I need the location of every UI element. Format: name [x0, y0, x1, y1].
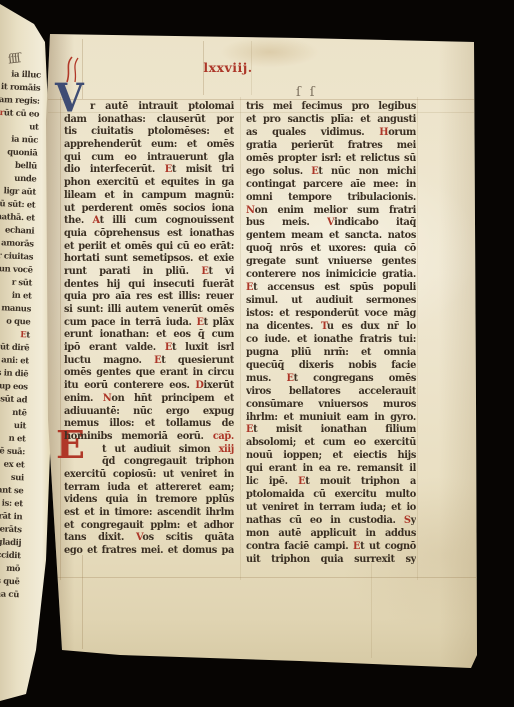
ink-text: ego et fratres mei. et domus pa — [64, 545, 234, 556]
text-line: si sunt: illi autem venerūt omēs — [64, 304, 234, 317]
ink-text: enim. — [64, 393, 103, 404]
ink-text: u es dux nr̄ lo — [327, 321, 416, 332]
ink-text: ut perderent omēs socios iona — [64, 203, 234, 214]
text-line: co iude. et ionathe fratris tui: — [246, 334, 416, 347]
text-line: qui cum eo intrauerunt gla — [64, 152, 234, 165]
rubric-text: E — [165, 342, 172, 353]
text-line: dio interfecerūt. Et misit tri — [64, 164, 234, 177]
text-line: q̄d congregauit triphon — [64, 456, 234, 469]
ink-text: nemus illos: et tollamus de — [64, 418, 234, 429]
rubric-text: S — [404, 515, 411, 526]
ink-text: ptolomaida cū exercitu multo — [246, 489, 416, 500]
ink-text: lileam et in campum magnū: — [64, 190, 234, 201]
facing-text-line: rē sūt ad eū — [0, 393, 32, 408]
ink-text: as quales vidimus. — [246, 127, 379, 138]
ink-text: dentes hij qui insecuti fuerāt — [64, 279, 234, 290]
ink-text: videns quia in tremore pplūs — [64, 494, 234, 505]
text-line: hominibs memoriā eorū. cap̄. — [64, 431, 234, 444]
text-column-left: r autē intrauit ptolomaidam ionathas: cl… — [64, 101, 234, 558]
text-line: tis ciuitatis ptolomēses: et — [64, 126, 234, 139]
facing-text-line: is: et reliqt — [0, 497, 28, 512]
text-column-right: tris mei fecimus pro legibuset pro sanct… — [246, 101, 416, 567]
text-line: ego solus. Et nūc non michi — [246, 166, 416, 179]
ink-text: gratia perierūt fratres mei — [246, 140, 416, 151]
text-line: mon autē applicuit in addus — [246, 528, 416, 541]
facing-text-line: regis quē oc — [0, 575, 25, 590]
ink-text: on hn̄t principem et — [111, 393, 234, 404]
text-line: contingat parcere aīe mee: in — [246, 179, 416, 192]
facing-text-line: ut pugnēt — [0, 120, 44, 135]
text-line: adiuuantē: nūc ergo expug — [64, 406, 234, 419]
facing-text-line: ant se mūdi — [0, 484, 29, 499]
ink-text: quia pro aīa res est illis: reuer — [64, 291, 234, 302]
ink-text: o que scribā — [3, 316, 31, 329]
ink-text: quia cōprehensus est ionathas — [64, 228, 234, 239]
text-line: quia cōprehensus est ionathas — [64, 228, 234, 241]
ink-text: ne gladij su — [0, 537, 21, 551]
text-line: ut perderent omēs socios iona — [64, 203, 234, 216]
ink-text: et manus aī — [0, 303, 31, 317]
text-line: quecūq̄ dixeris nobis facie — [246, 360, 416, 373]
ink-text: t vi — [208, 266, 234, 277]
ink-text: itu eorū conterere eos. — [64, 380, 195, 391]
ink-text: t accensus est spūs populi — [253, 282, 416, 293]
facing-text-line: mō frāter ei — [0, 562, 25, 577]
ink-text: absolomi; et cum eo exercitū — [246, 437, 416, 448]
ink-text: tris mei fecimus pro legibus — [246, 101, 416, 112]
ink-text: gentem meam et sancta. natos — [246, 230, 416, 241]
facing-text-line: et manus aī — [0, 302, 36, 317]
text-line: enim. Non hn̄t principem et — [64, 393, 234, 406]
ink-text: simul. ut audiuit sermones — [246, 295, 416, 306]
ink-text: phon exercitū et equites in ga — [64, 177, 234, 188]
ink-text: viros bellatores accelerauit — [246, 386, 416, 397]
text-line: conterere nos inimicicie gratia. — [246, 269, 416, 282]
facing-page-text-fragments: ia illuc hoit romāisam regis:rūt cū eout… — [0, 68, 46, 602]
ink-text: istos: et responderūt voce māg — [246, 308, 416, 319]
text-line: ptolomaida cū exercitu multo — [246, 489, 416, 502]
ink-text: tans dixit. — [64, 532, 136, 543]
ink-text: ego solus. — [246, 166, 311, 177]
ink-text: t illi cum cognouissent — [100, 215, 234, 226]
ink-text: runt parati in pliū. — [64, 266, 201, 277]
ink-text: sperāts aī — [0, 524, 22, 538]
ink-text: quoniā re — [7, 147, 38, 160]
text-line: hortati sunt semetipsos. et exie — [64, 253, 234, 266]
facing-text-line: ani: et cāps — [0, 354, 34, 369]
text-line: dentes hij qui insecuti fuerāt — [64, 279, 234, 292]
ruling-line-vertical — [60, 97, 61, 580]
ink-text: the. — [64, 215, 93, 226]
text-line: nemus illos: et tollamus de — [64, 418, 234, 431]
text-line: r autē intrauit ptolomai — [64, 101, 234, 114]
ink-text: conterere nos inimicicie gratia. — [246, 269, 416, 280]
facing-text-line: uit castra — [0, 419, 31, 434]
facing-text-line: et occidit — [0, 549, 26, 564]
ink-text: t congregans omēs — [294, 373, 416, 384]
text-line: gentem meam et sancta. natos — [246, 230, 416, 243]
ink-text: dio interfecerūt. — [64, 164, 165, 175]
ink-text: si sunt: illi autem venerūt omēs — [64, 304, 234, 315]
facing-text-line: nē suā: et re — [0, 445, 30, 460]
text-line: bus meis. Vindicabo itaq̄ — [246, 217, 416, 230]
text-line: runt parati in pliū. Et vi — [64, 266, 234, 279]
ink-text: lic ipē. — [246, 476, 298, 487]
ink-text: omēs propter isrl: et relictus sū — [246, 153, 416, 164]
ink-text: ūt cū eo — [4, 108, 40, 119]
facing-text-line: ne gladij su — [0, 536, 26, 551]
ink-text: uit triphon quia surrexit sy — [246, 554, 416, 565]
text-line: t ut audiuit simon xiij — [64, 444, 234, 457]
ink-text: t quesierunt — [161, 355, 234, 366]
text-line: et pro sanctis plīa: et angusti — [246, 114, 416, 127]
ruling-line-horizontal — [48, 99, 474, 100]
facing-text-line: sūt dirē et — [0, 341, 35, 356]
ink-text: est et in timore: ascendit ihrlm — [64, 507, 234, 518]
text-line: Non enim melior sum fratri — [246, 205, 416, 218]
text-line: absolomi; et cum eo exercitū — [246, 437, 416, 450]
facing-text-line: is in diē illā — [0, 367, 33, 382]
text-line: nouū ioppen; et eiectis hijs — [246, 450, 416, 463]
ink-text: contingat parcere aīe mee: in — [246, 179, 416, 190]
rubric-text: H — [379, 127, 388, 138]
ink-text: indicabo itaq̄ — [334, 217, 416, 228]
facing-text-line: t sup eos et — [0, 380, 33, 395]
facing-text-line: ma cū amīs — [0, 588, 24, 603]
parchment-page: lxxviij. ſſ V E r autē intrauit ptolomai… — [44, 33, 478, 669]
ruling-line-vertical — [240, 97, 241, 580]
ink-text: t ut audiuit simon — [102, 444, 219, 455]
text-line: lileam et in campum magnū: — [64, 190, 234, 203]
text-line: tans dixit. Vos scitis quāta — [64, 532, 234, 545]
ink-text: t misit ionathan filium — [253, 424, 416, 435]
text-line: quia pro aīa res est illis: reuer — [64, 291, 234, 304]
ink-text: consūmare vniuersos muros — [246, 399, 416, 410]
rubric-text: xiij — [219, 444, 234, 455]
facing-text-line: ntē festina — [0, 406, 32, 421]
ink-text: t misit tri — [172, 164, 234, 175]
text-line: exercitū copiosū: ut veniret in — [64, 469, 234, 482]
ink-text: gregate sunt vniuerse gentes — [246, 256, 416, 267]
ink-text: quecūq̄ dixeris nobis facie — [246, 360, 416, 371]
text-line: as quales vidimus. Horum — [246, 127, 416, 140]
ink-text: pugna pliū nrm̄: et omnia — [246, 347, 416, 358]
text-line: omēs gentes que erant in circu — [64, 367, 234, 380]
ink-text: omni tempore tribulacionis. — [246, 192, 416, 203]
text-line: quoq̄ nrōs et uxores: quia cō — [246, 243, 416, 256]
ink-text: ihrlm: et muniuit eam in gyro. — [246, 412, 416, 423]
running-header-folio: lxxviij. — [196, 60, 260, 75]
ink-text: et congregauit pplm: et adhor — [64, 520, 234, 531]
ink-text: quoq̄ nrōs et uxores: quia cō — [246, 243, 416, 254]
rubric-text: A — [93, 215, 100, 226]
text-line: gregate sunt vniuerse gentes — [246, 256, 416, 269]
facing-text-line: Et cōgrega — [0, 328, 35, 343]
text-line: istos: et responderūt voce māg — [246, 308, 416, 321]
ink-text: am regis: — [0, 95, 40, 107]
ink-text: t nūc non michi — [318, 166, 416, 177]
text-line: ihrlm: et muniuit eam in gyro. — [246, 412, 416, 425]
ink-text: on enim melior sum fratri — [255, 205, 416, 216]
ink-text: erunt ionathan: et eos q̄ cum — [64, 329, 234, 340]
ink-text: apprehenderūt eum: et omēs — [64, 139, 234, 150]
ascender-flourish: ſſ — [296, 85, 324, 100]
text-line: apprehenderūt eum: et omēs — [64, 139, 234, 152]
text-line: Et misit ionathan filium — [246, 424, 416, 437]
text-line: itu eorū conterere eos. Dixerūt — [64, 380, 234, 393]
ink-text: et pro sanctis plīa: et angusti — [246, 114, 416, 125]
rubric-text: E — [196, 317, 203, 328]
facing-text-line: rāt in mōte — [0, 510, 27, 525]
text-line: the. At illi cum cognouissent — [64, 215, 234, 228]
ink-text: it romāis — [1, 82, 41, 94]
text-line: omni tempore tribulacionis. — [246, 192, 416, 205]
ink-text: ex et moab — [0, 460, 25, 473]
text-line: nathas cū eo in custodia. Sy — [246, 515, 416, 528]
text-line: Et accensus est spūs populi — [246, 282, 416, 295]
rubric-text: N — [246, 205, 255, 216]
ink-text: ut veniret in terram iuda; et io — [246, 502, 416, 513]
ink-text: t plāx — [204, 317, 234, 328]
ink-text: t mouit triphon a — [305, 476, 416, 487]
text-line: simul. ut audiuit sermones — [246, 295, 416, 308]
ink-text: r autē intrauit ptolomai — [90, 101, 234, 112]
facing-text-line: n et abierūt — [0, 432, 31, 447]
text-line: luctu magno. Et quesierunt — [64, 355, 234, 368]
ink-text: mon autē applicuit in addus — [246, 528, 416, 539]
ruling-line-vertical — [82, 555, 83, 649]
ink-text: rē sūt ad eū — [0, 394, 27, 408]
ink-text: tis ciuitatis ptolomēses: et — [64, 126, 234, 137]
ink-text: t ut cognō — [360, 541, 416, 552]
ink-text: na dicentes. — [246, 321, 321, 332]
ink-text: un vocē ma — [0, 264, 33, 278]
ascender-flourish: ſſſſ — [7, 51, 20, 67]
text-line: gratia perierūt fratres mei — [246, 140, 416, 153]
ink-text: cum pace in terrā iuda. — [64, 317, 196, 328]
ink-text: ntē festina — [0, 408, 27, 421]
text-line: ipō erant valde. Et luxit isrl — [64, 342, 234, 355]
ink-text: co iude. et ionathe fratris tui: — [246, 334, 416, 345]
ink-text: omēs gentes que erant in circu — [64, 367, 234, 378]
ink-text: orum — [388, 127, 416, 138]
text-line: na dicentes. Tu es dux nr̄ lo — [246, 321, 416, 334]
facing-text-line: un vocē ma — [0, 263, 38, 278]
ink-text: mus. — [246, 373, 286, 384]
ink-text: contra faciē campi. — [246, 541, 353, 552]
ink-text: et occidit — [0, 550, 21, 562]
text-line: phon exercitū et equites in ga — [64, 177, 234, 190]
text-line: omēs propter isrl: et relictus sū — [246, 153, 416, 166]
text-line: tris mei fecimus pro legibus — [246, 101, 416, 114]
ink-text: nouū ioppen; et eiectis hijs — [246, 450, 416, 461]
ink-text: terram iuda et attereret eam; — [64, 482, 234, 493]
ink-text: exercitū copiosū: ut veniret in — [64, 469, 234, 480]
rubric-text: E — [165, 164, 172, 175]
ink-text: qui erant in ea re. remansit il — [246, 463, 416, 474]
ink-text: regis quē oc — [0, 576, 20, 590]
ink-text: luctu magno. — [64, 355, 154, 366]
ink-text: q̄d congregauit triphon — [102, 456, 234, 467]
text-line: dam ionathas: clauserūt por — [64, 114, 234, 127]
text-line: ut veniret in terram iuda; et io — [246, 502, 416, 515]
ink-text: bus meis. — [246, 217, 327, 228]
ink-text: mō frāter ei — [0, 564, 20, 577]
facing-text-line: ex et moab — [0, 458, 30, 473]
text-line: lic ipē. Et mouit triphon a — [246, 476, 416, 489]
text-line: consūmare vniuersos muros — [246, 399, 416, 412]
ink-text: qui cum eo intrauerunt gla — [64, 152, 234, 163]
manuscript-photo: ſſſſ ia illuc hoit romāisam regis:rūt cū… — [0, 0, 514, 707]
ruling-line-horizontal — [48, 577, 476, 578]
text-line: et congregauit pplm: et adhor — [64, 520, 234, 533]
text-line: et periit et omēs qui cū eo erāt: — [64, 241, 234, 254]
ink-text: ixerūt — [203, 380, 234, 391]
facing-text-line: sui fecerūt — [0, 471, 29, 486]
text-line: viros bellatores accelerauit — [246, 386, 416, 399]
ink-text: dam ionathas: clauserūt por — [64, 114, 234, 125]
text-line: cum pace in terrā iuda. Et plāx — [64, 317, 234, 330]
ink-text: hortati sunt semetipsos. et exie — [64, 253, 234, 264]
ink-text: ipō erant valde. — [64, 342, 165, 353]
ink-text: uit castra — [0, 421, 26, 434]
text-line: ego et fratres mei. et domus pa — [64, 545, 234, 558]
facing-text-line: quoniā re — [0, 146, 43, 161]
ink-text: adiuuantē: nūc ergo expug — [64, 406, 234, 417]
ink-text: nathas cū eo in custodia. — [246, 515, 404, 526]
text-line: qui erant in ea re. remansit il — [246, 463, 416, 476]
text-line: erunt ionathan: et eos q̄ cum — [64, 329, 234, 342]
facing-text-line: o que scribā — [0, 315, 36, 330]
text-line: videns quia in tremore pplūs — [64, 494, 234, 507]
text-line: contra faciē campi. Et ut cognō — [246, 541, 416, 554]
text-line: mus. Et congregans omēs — [246, 373, 416, 386]
rubric-text: cap̄. — [213, 431, 234, 442]
text-line: pugna pliū nrm̄: et omnia — [246, 347, 416, 360]
ink-text: os scitis quāta — [142, 532, 234, 543]
ink-text: t luxit isrl — [172, 342, 234, 353]
ink-text: ma cū amīs — [0, 589, 19, 602]
ink-text: hominibs memoriā eorū. — [64, 431, 213, 442]
text-line: terram iuda et attereret eam; — [64, 482, 234, 495]
ink-text: y — [411, 515, 416, 526]
text-line: uit triphon quia surrexit sy — [246, 554, 416, 567]
facing-text-line: rūt cū eo — [0, 107, 44, 122]
facing-text-line: sperāts aī — [0, 523, 27, 538]
text-line: est et in timore: ascendit ihrlm — [64, 507, 234, 520]
ink-text: et periit et omēs qui cū eo erāt: — [64, 241, 234, 252]
rubric-text: E — [286, 373, 293, 384]
ruling-line-vertical — [417, 97, 418, 580]
